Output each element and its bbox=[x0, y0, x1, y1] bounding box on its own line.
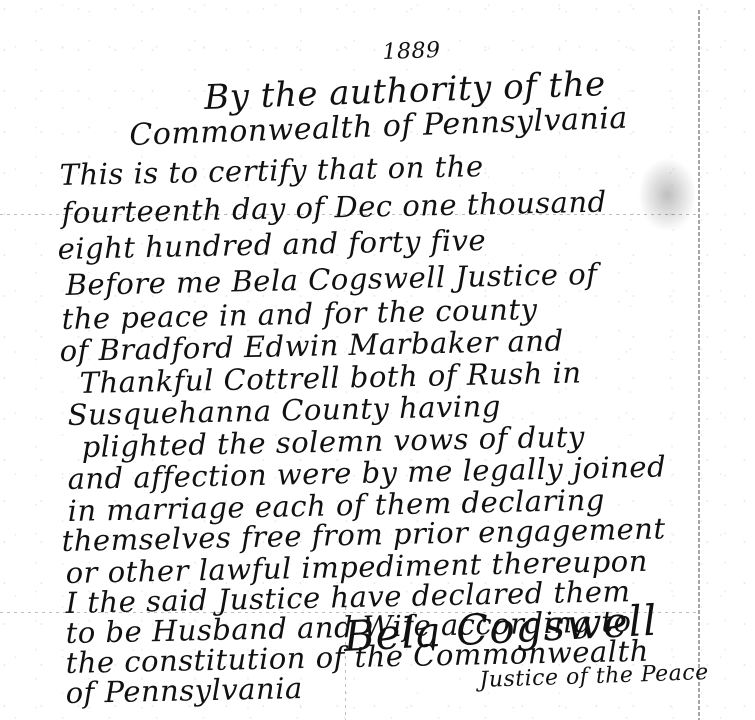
body-line: of Pennsylvania bbox=[65, 671, 303, 710]
body-line: This is to certify that on the bbox=[59, 149, 484, 192]
body-line: fourteenth day of Dec one thousand bbox=[61, 185, 607, 230]
ink-smudge bbox=[640, 160, 695, 230]
document-year: 1889 bbox=[382, 38, 441, 65]
document-page: 1889 By the authority of the Commonwealt… bbox=[0, 0, 755, 720]
page-edge bbox=[698, 10, 700, 720]
